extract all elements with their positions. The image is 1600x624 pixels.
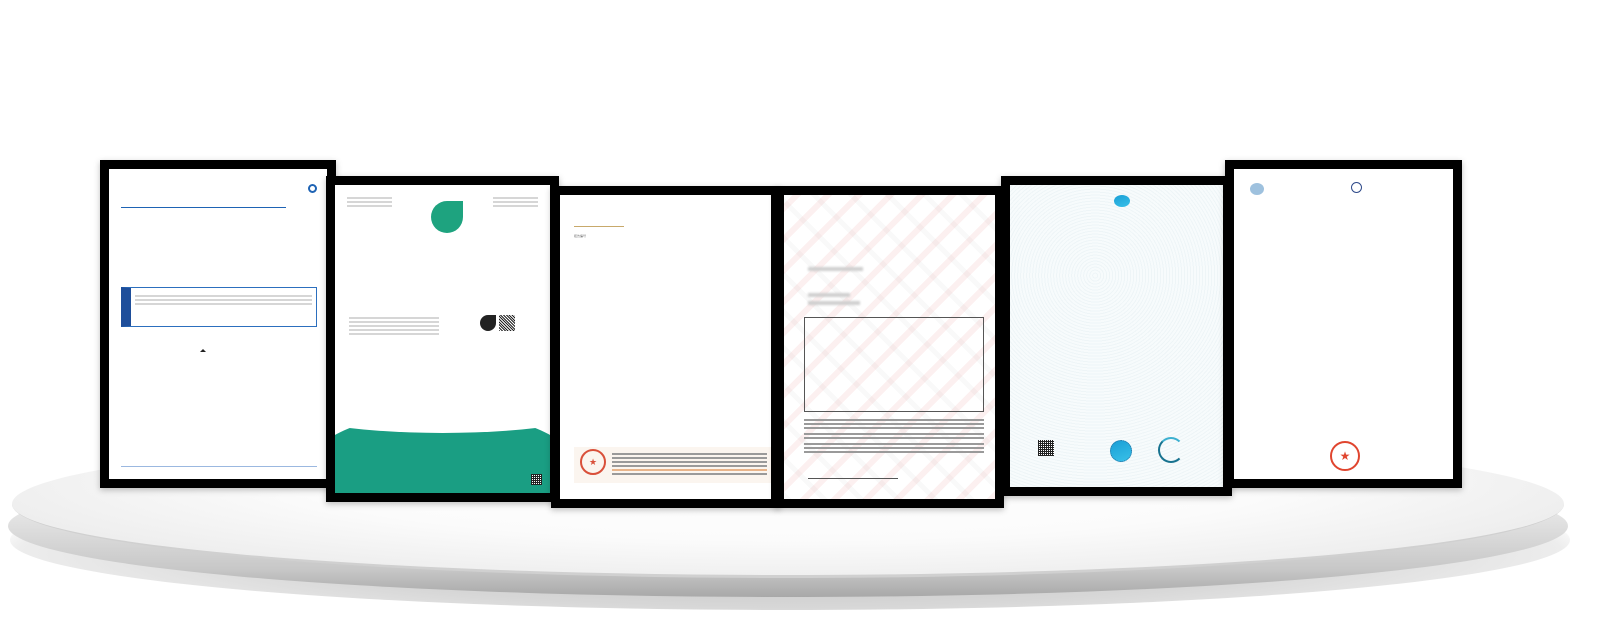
- ilac-mra-logo-icon: [1250, 183, 1264, 195]
- amfori-globe-icon: [308, 184, 317, 193]
- qr-code-icon: [531, 474, 542, 485]
- oekotex-logo: [431, 201, 463, 233]
- certificate-grs[interactable]: [1001, 176, 1232, 496]
- certificate-oekotex[interactable]: ℳ 𝒥ns i.V. 𝒟 Julius: [326, 176, 559, 502]
- official-seal-icon: ★: [580, 449, 606, 475]
- amfori-notice: [121, 287, 317, 327]
- rating-marker-icon: [200, 349, 206, 352]
- certificate-disney-authorization[interactable]: [775, 186, 1004, 508]
- certificate-uts-testing-report[interactable]: ★: [1225, 160, 1462, 488]
- redacted-field: [808, 267, 863, 271]
- certificate-amfori[interactable]: [100, 160, 336, 488]
- grs-logo-icon: [1158, 437, 1184, 463]
- qr-code-icon: [499, 315, 515, 331]
- control-union-seal-icon: [1110, 440, 1132, 462]
- official-seal-icon: ★: [1330, 441, 1360, 471]
- certificate-sgs[interactable]: 报告编号 ★: [551, 186, 780, 508]
- overall-rating-scale: [121, 341, 317, 347]
- oekotex-mini-logo-icon: [480, 315, 496, 331]
- control-union-logo-icon: [1114, 195, 1130, 207]
- redacted-field: [808, 301, 860, 305]
- facility-box: [804, 317, 984, 412]
- redacted-field: [808, 293, 850, 297]
- amfori-logo: [308, 183, 317, 196]
- uts-emblem-icon: [1351, 182, 1362, 193]
- qr-code-icon: [1038, 440, 1054, 456]
